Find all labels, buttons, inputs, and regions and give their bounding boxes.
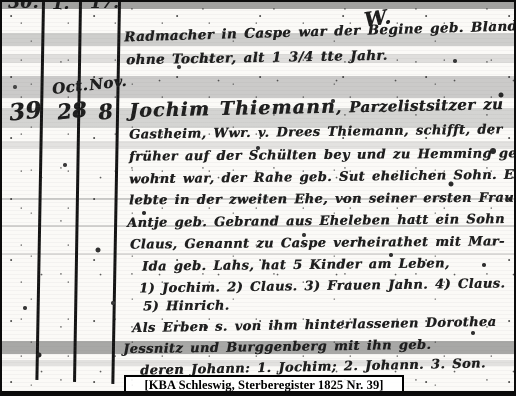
prev-entry-line-2: ohne Tochter, alt 1 3/4 tte Jahr.: [126, 48, 388, 69]
entry-line: Jessnitz und Burggenberg mit ihn geb.: [123, 338, 431, 357]
prev-entry-flourish: W.: [362, 4, 392, 32]
grey-band: [2, 253, 514, 255]
scan-bottom-border: [2, 391, 514, 394]
death-day: 28: [56, 96, 88, 124]
entry-line: lebte in der zweiten Ehe, von seiner ers…: [129, 191, 514, 209]
entry-line: wohnt war, der Rahe geb. Sut ehelichen S…: [129, 168, 516, 188]
register-scan-page: 30. 1. 17. Radmacher in Caspe war der Be…: [0, 0, 516, 396]
entry-line: Als Erben s. von ihm hinterlassenen Doro…: [132, 315, 497, 336]
prev-row-partial-1: 30.: [8, 0, 39, 13]
entry-line: früher auf der Schülten bey und zu Hemmi…: [129, 146, 516, 164]
entry-line: Ida geb. Lahs, hat 5 Kinder am Leben,: [142, 256, 450, 274]
deceased-name: Jochim Thiemann: [129, 96, 336, 122]
prev-row-partial-3: 17.: [90, 0, 119, 12]
entry-line: 1) Jochim. 2) Claus. 3) Frauen Jahn. 4) …: [139, 276, 505, 296]
deceased-title: , Parzelistsitzer zu: [336, 95, 504, 117]
entry-line: Claus, Genannt zu Caspe verheirathet mit…: [130, 234, 505, 252]
entry-number: 39: [8, 96, 43, 126]
entry-line: 5) Hinrich.: [143, 299, 230, 315]
prev-row-partial-2: 1.: [52, 0, 70, 13]
burial-day: 8: [97, 98, 115, 124]
ink-specks: [2, 2, 4, 4]
entry-line: Antje geb. Gebrand aus Eheleben hatt ein…: [127, 212, 505, 231]
